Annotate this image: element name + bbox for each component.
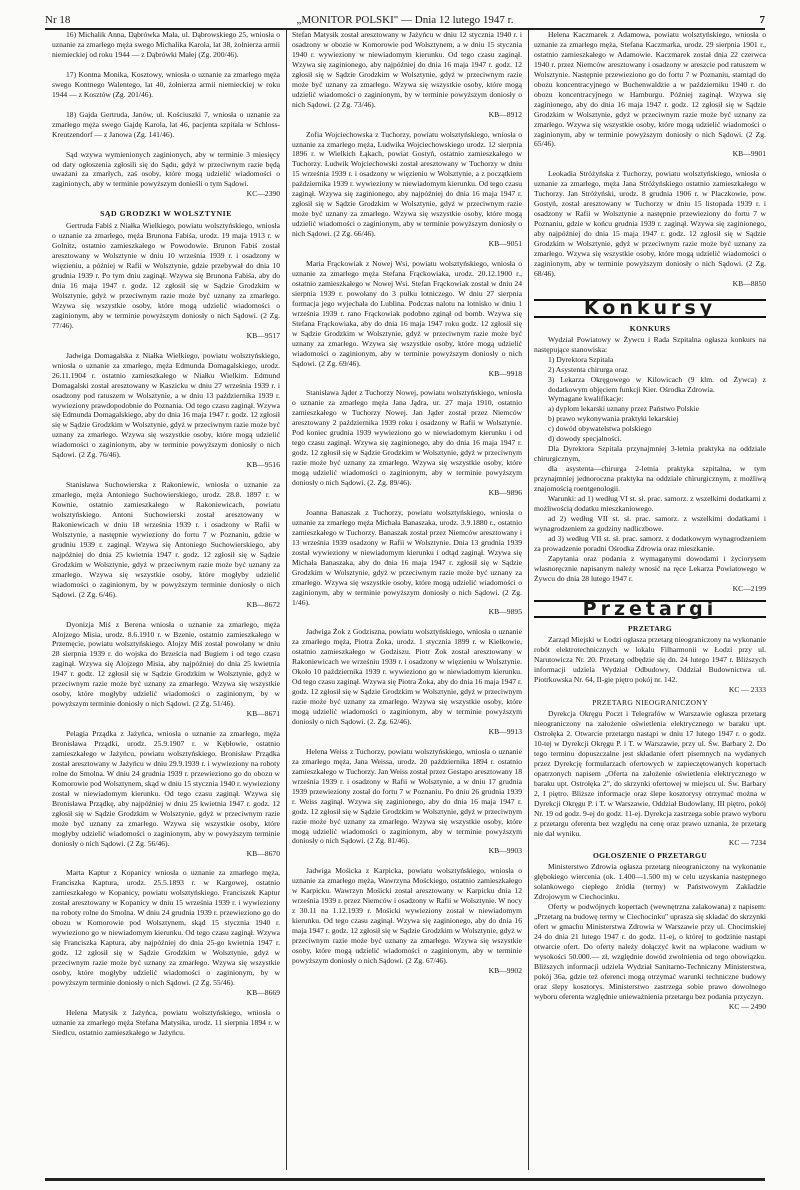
notice-entry: Marta Kaptur z Kopanicy wniosła o uznani… <box>52 868 280 997</box>
notice-entry: Helena Kaczmarek z Adamowa, powiatu wols… <box>534 30 766 159</box>
tender-heading: PRZETARG <box>534 624 766 634</box>
requirement-item: b) prawo wykonywania praktyki lekarskiej <box>534 414 766 424</box>
reference-code: KB—8669 <box>52 988 280 998</box>
position-item: 1) Dyrektora Szpitala <box>534 355 766 365</box>
tender-text: Zarząd Miejski w Łodzi ogłasza przetarg … <box>534 635 766 685</box>
konkurs-paragraph: Zapytania oraz podania z wymaganymi dowo… <box>534 554 766 584</box>
reference-code: KB—9517 <box>52 331 280 341</box>
reference-code: KB—9918 <box>292 369 522 379</box>
column-2: Stefan Matysik został aresztowany w Jaży… <box>292 30 522 986</box>
notice-text: Sąd wzywa wymienionych zaginionych, aby … <box>52 150 280 190</box>
notice-entry: 17) Kontna Monika, Kosztowy, wniosła o u… <box>52 70 280 100</box>
reference-code: KC—2390 <box>52 189 280 199</box>
notice-entry: Stanisława Suchowierska z Rakoniewic, wn… <box>52 480 280 609</box>
notice-entry: Joanna Banaszak z Tuchorzy, powiatu wols… <box>292 508 522 617</box>
notice-entry: Helena Matysik z Jażyńca, powiatu wolszt… <box>52 1008 280 1038</box>
notice-text: Stanisława Suchowierska z Rakoniewic, wn… <box>52 480 280 599</box>
konkurs-paragraph: ad 3) według VII st. sł. prac. samorz. z… <box>534 534 766 554</box>
notice-text: Helena Matysik z Jażyńca, powiatu wolszt… <box>52 1008 280 1038</box>
reference-code: KB—8671 <box>52 709 280 719</box>
court-heading: SĄD GRODZKI W WOLSZTYNIE <box>52 209 280 219</box>
notice-text: Gertruda Fabiś z Niałka Wielkiego, powia… <box>52 221 280 330</box>
konkurs-paragraph: ad 2) według VII st. sł. prac. samorz. z… <box>534 514 766 534</box>
tender-notice: PRZETARG Zarząd Miejski w Łodzi ogłasza … <box>534 624 766 695</box>
reference-code: KB—8670 <box>52 849 280 859</box>
konkursy-banner: Konkursy <box>534 299 766 318</box>
tender-notice: PRZETARG NIEOGRANICZONY Dyrekcja Okręgu … <box>534 698 766 848</box>
notice-text: Joanna Banaszak z Tuchorzy, powiatu wols… <box>292 508 522 608</box>
notice-entry: Dyonizja Miś z Berena wniosła o uznanie … <box>52 620 280 720</box>
column-1: 16) Michalik Anna, Dąbrówka Mała, ul. Dą… <box>52 30 280 1048</box>
reference-code: KB—9913 <box>292 727 522 737</box>
reference-code: KB—9903 <box>292 846 522 856</box>
notice-entry: Zofia Wojciechowska z Tuchorzy, powiatu … <box>292 130 522 249</box>
notice-entry: Jadwiga Mośicka z Karpicka, powiatu wols… <box>292 866 522 975</box>
reference-code: KC—2199 <box>534 584 766 594</box>
notice-entry: Jadwiga Domagalska z Niałka Wielkiego, p… <box>52 351 280 470</box>
notice-text: 18) Gajda Gertruda, Janów, ul. Kościuszk… <box>52 110 280 140</box>
notice-entry: Pelagia Prządka z Jażyńca, wniosła o uzn… <box>52 729 280 858</box>
notice-text: Dyonizja Miś z Berena wniosła o uznanie … <box>52 620 280 710</box>
column-divider <box>528 30 529 1170</box>
position-item: 2) Asystenta chirurga oraz <box>534 365 766 375</box>
notice-text: Pelagia Prządka z Jażyńca, wniosła o uzn… <box>52 729 280 848</box>
reference-code: KB—9896 <box>292 488 522 498</box>
reference-code: KB—9901 <box>534 149 766 159</box>
konkurs-heading: KONKURS <box>534 324 766 334</box>
reference-code: KB—8850 <box>534 279 766 289</box>
page-header: Nr 18 „MONITOR POLSKI" — Dnia 12 lutego … <box>45 6 765 30</box>
column-3: Helena Kaczmarek z Adamowa, powiatu wols… <box>534 30 766 1012</box>
konkurs-paragraph: dla asystenta—chirurga 2-letnia praktyka… <box>534 464 766 494</box>
requirement-item: a) dyplom lekarski uznany przez Państwo … <box>534 404 766 414</box>
requirement-item: d) dowody specjalności. <box>534 434 766 444</box>
notice-text: Jadwiga Żok z Godziszna, powiatu wolszty… <box>292 627 522 727</box>
notice-text: Stefan Matysik został aresztowany w Jaży… <box>292 30 522 110</box>
column-divider <box>286 30 287 1170</box>
bottom-rule <box>45 1178 765 1181</box>
notice-entry: Sąd wzywa wymienionych zaginionych, aby … <box>52 150 280 200</box>
reference-code: KB—9895 <box>292 607 522 617</box>
requirement-item: c) dowód obywatelstwa polskiego <box>534 424 766 434</box>
reference-code: KB—9051 <box>292 239 522 249</box>
notice-text: Marta Kaptur z Kopanicy wniosła o uznani… <box>52 868 280 987</box>
notice-entry: Gertruda Fabiś z Niałka Wielkiego, powia… <box>52 221 280 340</box>
konkurs-paragraph: Warunki: ad 1) według VI st. sł. prac. s… <box>534 494 766 514</box>
position-item: 3) Lekarza Okręgowego w Kilowicach (9 kl… <box>534 375 766 395</box>
reference-code: KC — 2333 <box>534 685 766 695</box>
notice-text: 16) Michalik Anna, Dąbrówka Mała, ul. Dą… <box>52 30 280 60</box>
notice-text: Helena Weiss z Tuchorzy, powiatu wolszty… <box>292 747 522 847</box>
reference-code: KB—9902 <box>292 966 522 976</box>
publication-title: „MONITOR POLSKI" — Dnia 12 lutego 1947 r… <box>45 14 765 26</box>
notice-text: Leokadia Stróżyńska z Tuchorzy, powiatu … <box>534 169 766 278</box>
notice-entry: Leokadia Stróżyńska z Tuchorzy, powiatu … <box>534 169 766 288</box>
tender-text: Ministerstwo Zdrowia ogłasza przetarg ni… <box>534 862 766 902</box>
konkurs-paragraph: Dla Dyrektora Szpitala przynajmniej 3-le… <box>534 444 766 464</box>
notice-entry: 16) Michalik Anna, Dąbrówka Mała, ul. Dą… <box>52 30 280 60</box>
tender-heading: OGŁOSZENIE O PRZETARGU <box>534 851 766 861</box>
notice-text: Helena Kaczmarek z Adamowa, powiatu wols… <box>534 30 766 149</box>
konkurs-notice: KONKURS Wydział Powiatowy w Żywcu i Rada… <box>534 324 766 594</box>
tender-heading: PRZETARG NIEOGRANICZONY <box>534 698 766 708</box>
tender-notice: OGŁOSZENIE O PRZETARGU Ministerstwo Zdro… <box>534 851 766 1011</box>
reference-code: KC — 7234 <box>534 838 766 848</box>
notice-entry: Maria Frąckowiak z Nowej Wsi, powiatu wo… <box>292 259 522 378</box>
notice-text: Zofia Wojciechowska z Tuchorzy, powiatu … <box>292 130 522 239</box>
tender-text: Oferty w podwójnych kopertach (wewnętrzn… <box>534 902 766 1002</box>
notice-text: Jadwiga Mośicka z Karpicka, powiatu wols… <box>292 866 522 966</box>
notice-entry: Stefan Matysik został aresztowany w Jaży… <box>292 30 522 120</box>
notice-entry: Stanisława Jąder z Tuchorzy Nowej, powia… <box>292 388 522 497</box>
tender-text: Dyrekcja Okręgu Poczt i Telegrafów w War… <box>534 709 766 838</box>
reference-code: KB—9516 <box>52 460 280 470</box>
notice-text: Jadwiga Domagalska z Niałka Wielkiego, p… <box>52 351 280 460</box>
notice-entry: 18) Gajda Gertruda, Janów, ul. Kościuszk… <box>52 110 280 140</box>
reference-code: KB—8912 <box>292 110 522 120</box>
notice-text: Maria Frąckowiak z Nowej Wsi, powiatu wo… <box>292 259 522 368</box>
notice-entry: Helena Weiss z Tuchorzy, powiatu wolszty… <box>292 747 522 856</box>
konkurs-intro: Wydział Powiatowy w Żywcu i Rada Szpital… <box>534 335 766 355</box>
notice-entry: Jadwiga Żok z Godziszna, powiatu wolszty… <box>292 627 522 736</box>
requirements-label: Wymagane kwalifikacje: <box>534 394 766 404</box>
notice-text: 17) Kontna Monika, Kosztowy, wniosła o u… <box>52 70 280 100</box>
reference-code: KC — 2490 <box>534 1002 766 1012</box>
reference-code: KB—8672 <box>52 600 280 610</box>
przetargi-banner: Przetargi <box>534 600 766 619</box>
notice-text: Stanisława Jąder z Tuchorzy Nowej, powia… <box>292 388 522 488</box>
